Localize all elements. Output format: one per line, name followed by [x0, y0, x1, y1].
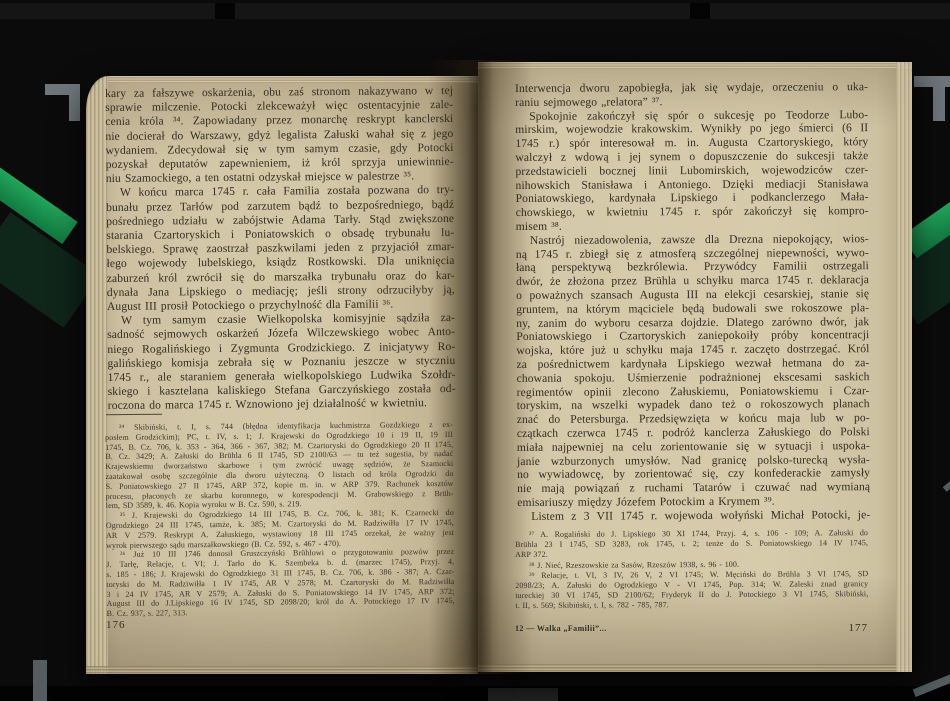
text-line: nie mają powiązań z ruchami Tatarów i cz… [517, 480, 870, 496]
frame-corner-top-right [933, 87, 945, 121]
text-line: Interwencja dworu zapobiegła, jak się wy… [515, 80, 868, 96]
page-edge-stack-right [896, 62, 912, 672]
text-line: roczona do marca 1745 r. Wznowiono jej d… [108, 396, 456, 413]
right-page-footer: 12 — Walka „Familii”... 177 [515, 622, 868, 634]
frame-corner-top-right [914, 76, 950, 87]
page-number-right: 177 [849, 622, 869, 634]
gray-prop-right-edge [943, 478, 950, 492]
page-bottom-edge [478, 664, 912, 672]
top-band-gap [690, 3, 710, 19]
text-line: o poważnych szansach Augusta III na elek… [516, 287, 869, 303]
left-page-body-text: kary za fałszywe oskarżenia, obu zaś str… [105, 84, 456, 414]
gray-prop-bottom-left [33, 660, 47, 701]
right-page-body-text: Interwencja dworu zapobiegła, jak się wy… [515, 80, 870, 523]
text-line: B. Cz. 937, s. 227, 313. [107, 606, 455, 619]
page-bottom-edge [86, 666, 478, 674]
text-line: przedstawicieli bocznej linii Lubomirski… [515, 163, 868, 179]
text-line: chowania spokoju. Uśmierzenie podrażnion… [517, 370, 870, 386]
right-page: Interwencja dworu zapobiegła, jak się wy… [478, 62, 912, 672]
background-top-band [0, 3, 950, 19]
page-top-edge [478, 62, 912, 69]
left-page: kary za fałszywe oskarżenia, obu zaś str… [86, 76, 478, 674]
frame-corner-top-left [45, 84, 80, 95]
text-line: za pośrednictwem kardynała Lipskiego wez… [516, 356, 869, 372]
frame-corner-top-left [69, 95, 80, 121]
text-line: gruntem, na którym mąciciele będą budowa… [516, 301, 869, 317]
top-band-gap [215, 3, 235, 19]
footnote-separator [106, 414, 162, 415]
right-page-footnotes: ³⁷ A. Rogaliński do J. Lipskiego 30 XI 1… [515, 528, 868, 611]
text-line: t. II, s. 569; Skibiński, t. I, s. 782 -… [515, 600, 868, 612]
background-bottom-highlight [488, 688, 558, 701]
left-page-footnotes: ³⁴ Skibiński, t. I, s. 744 (błędna ident… [105, 420, 455, 619]
page-number-left: 176 [106, 619, 126, 631]
text-line: miała najpewniej na celu zorientowanie s… [517, 439, 870, 455]
text-line: chowskiego, w kwietniu 1745 r. spór zako… [516, 204, 869, 220]
book-photo-scene: kary za fałszywe oskarżenia, obu zaś str… [0, 0, 950, 701]
background-bottom-band [0, 686, 950, 701]
text-line: Nastrój niezadowolenia, zawsze dla Drezn… [516, 232, 869, 248]
text-line: Listem z 3 VII 1745 r. wojewoda wołyński… [517, 508, 870, 524]
running-footer-text: 12 — Walka „Familii”... [515, 624, 607, 633]
text-line: czątkach czerwca 1745 r. podróż kanclerz… [517, 425, 870, 441]
page-top-edge [108, 76, 478, 83]
